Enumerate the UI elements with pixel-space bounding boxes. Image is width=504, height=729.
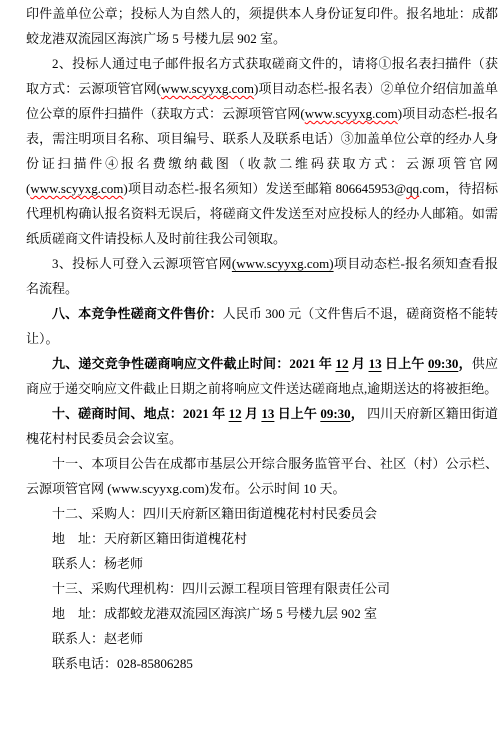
- text-run: 十一、本项目公告在成都市基层公开综合服务监管平台、社区（村）公示栏、云源项管官网…: [26, 456, 498, 496]
- text-run: 地 址：成都蛟龙港双流园区海滨广场 5 号楼九层 902 室: [52, 606, 377, 621]
- paragraph: 2、投标人通过电子邮件报名方式获取磋商文件的，请将①报名表扫描件（获取方式：云源…: [26, 51, 498, 251]
- paragraph: 联系电话：028-85806285: [26, 651, 498, 676]
- text-run: 12: [336, 356, 349, 371]
- text-run: )项目动态栏-报名须知）发送至邮箱 806645953@: [123, 181, 406, 196]
- paragraph: 十二、采购人：四川天府新区籍田街道槐花村村民委员会: [26, 501, 498, 526]
- paragraph: 十一、本项目公告在成都市基层公开综合服务监管平台、社区（村）公示栏、云源项管官网…: [26, 451, 498, 501]
- spellchecked-text: www.scyyxg.com: [161, 81, 254, 96]
- document-page: 印件盖单位公章；投标人为自然人的，须提供本人身份证复印件。报名地址：成都蛟龙港双…: [0, 0, 504, 729]
- text-run: 十、磋商时间、地点：2021 年: [52, 406, 229, 421]
- text-run: 十三、采购代理机构：四川云源工程项目管理有限责任公司: [52, 581, 390, 596]
- text-run: 3、投标人可登入云源项管官网: [52, 256, 232, 271]
- text-run: 09:30: [320, 406, 350, 421]
- paragraph: 联系人：杨老师: [26, 551, 498, 576]
- spellchecked-text: qq: [406, 181, 419, 196]
- text-run: 印件盖单位公章；投标人为自然人的，须提供本人身份证复印件。报名地址：成都蛟龙港双…: [26, 6, 498, 46]
- paragraph: 3、投标人可登入云源项管官网(www.scyyxg.com)项目动态栏-报名须知…: [26, 251, 498, 301]
- text-run: 月: [242, 406, 262, 421]
- paragraph: 印件盖单位公章；投标人为自然人的，须提供本人身份证复印件。报名地址：成都蛟龙港双…: [26, 1, 498, 51]
- text-run: 13: [261, 406, 274, 421]
- paragraph: 地 址：天府新区籍田街道槐花村: [26, 526, 498, 551]
- text-run: 12: [229, 406, 242, 421]
- paragraph: 联系人：赵老师: [26, 626, 498, 651]
- text-run: 联系电话：028-85806285: [52, 656, 193, 671]
- paragraph: 九、递交竞争性磋商响应文件截止时间：2021 年 12 月 13 日上午 09:…: [26, 351, 498, 401]
- document-body: 印件盖单位公章；投标人为自然人的，须提供本人身份证复印件。报名地址：成都蛟龙港双…: [26, 1, 498, 676]
- paragraph: 地 址：成都蛟龙港双流园区海滨广场 5 号楼九层 902 室: [26, 601, 498, 626]
- text-run: ，: [351, 406, 364, 421]
- paragraph: 十、磋商时间、地点：2021 年 12 月 13 日上午 09:30， 四川天府…: [26, 401, 498, 451]
- spellchecked-text: www.scyyxg.com: [30, 181, 123, 196]
- paragraph: 十三、采购代理机构：四川云源工程项目管理有限责任公司: [26, 576, 498, 601]
- text-run: ，: [458, 356, 471, 371]
- hyperlink-url[interactable]: (www.scyyxg.com): [232, 256, 334, 271]
- text-run: 日上午: [274, 406, 320, 421]
- text-run: 联系人：赵老师: [52, 631, 143, 646]
- text-run: 八、本竞争性磋商文件售价：: [52, 306, 223, 321]
- paragraph: 八、本竞争性磋商文件售价：人民币 300 元（文件售后不退，磋商资格不能转让）。: [26, 301, 498, 351]
- text-run: 09:30: [428, 356, 458, 371]
- text-run: 十二、采购人：四川天府新区籍田街道槐花村村民委员会: [52, 506, 377, 521]
- spellchecked-text: www.scyyxg.com: [305, 106, 398, 121]
- text-run: 地 址：天府新区籍田街道槐花村: [52, 531, 247, 546]
- text-run: 九、递交竞争性磋商响应文件截止时间：2021 年: [52, 356, 336, 371]
- text-run: 联系人：杨老师: [52, 556, 143, 571]
- text-run: 月: [349, 356, 369, 371]
- text-run: 日上午: [382, 356, 428, 371]
- text-run: 13: [369, 356, 382, 371]
